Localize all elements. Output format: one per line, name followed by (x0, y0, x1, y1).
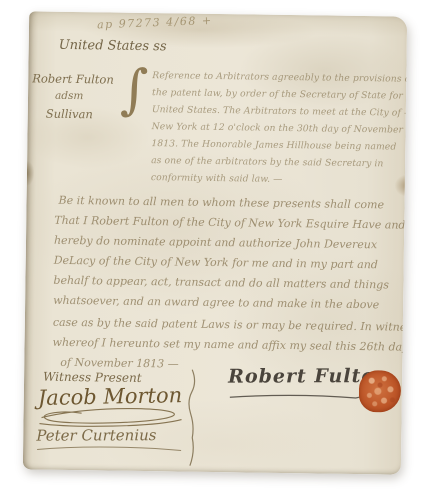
manuscript-line: That I Robert Fulton of the City of New … (54, 214, 405, 232)
curtenius-signature-underline (35, 444, 185, 456)
manuscript-line: New York at 12 o'clock on the 30th day o… (152, 121, 404, 136)
left-edge-fold-mark (27, 161, 34, 185)
manuscript-line: conformity with said law. — (151, 172, 283, 185)
manuscript-line: hereby do nominate appoint and authorize… (54, 234, 377, 252)
caption-party-name: Robert Fulton (32, 71, 114, 86)
manuscript-line: whereof I hereunto set my name and affix… (53, 336, 408, 354)
witness-signature-peter-curtenius: Peter Curtenius (36, 426, 156, 444)
manuscript-line: the patent law, by order of the Secretar… (152, 87, 407, 102)
docket-inscription: ap 97273 4/68 + (97, 14, 213, 31)
manuscript-line: as one of the arbitrators by the said Se… (151, 155, 384, 169)
manuscript-line: Be it known to all men to whom these pre… (58, 194, 384, 212)
manuscript-line: of November 1813 — (60, 356, 179, 371)
caption-ads-label: adsm (55, 90, 83, 102)
attestation-squiggle-line (185, 370, 198, 466)
manuscript-line: behalf to appear, act, transact and do a… (53, 274, 389, 292)
manuscript-line: DeLacy of the City of New York for me an… (54, 254, 378, 272)
right-edge-ink-blot (395, 175, 408, 197)
witness-label: Witness Present (43, 370, 142, 385)
manuscript-line: whatsoever, and an award agree to and ma… (53, 294, 379, 312)
caption-brace-icon: ∫ (120, 63, 149, 117)
caption-opponent-name: Sullivan (46, 107, 93, 122)
fulton-signature-underline (230, 392, 362, 402)
manuscript-line: United States. The Arbitrators to meet a… (152, 104, 407, 119)
manuscript-line: Reference to Arbitrators agreeably to th… (152, 70, 407, 85)
red-wax-seal (359, 370, 402, 413)
jurisdiction-heading: United States ss (59, 38, 167, 55)
manuscript-line: 1813. The Honorable James Hillhouse bein… (151, 138, 396, 152)
photo-frame: ap 97273 4/68 + United States ss Robert … (0, 0, 434, 500)
manuscript-line: case as by the said patent Laws is or ma… (53, 316, 407, 334)
manuscript-paper: ap 97273 4/68 + United States ss Robert … (23, 11, 407, 474)
